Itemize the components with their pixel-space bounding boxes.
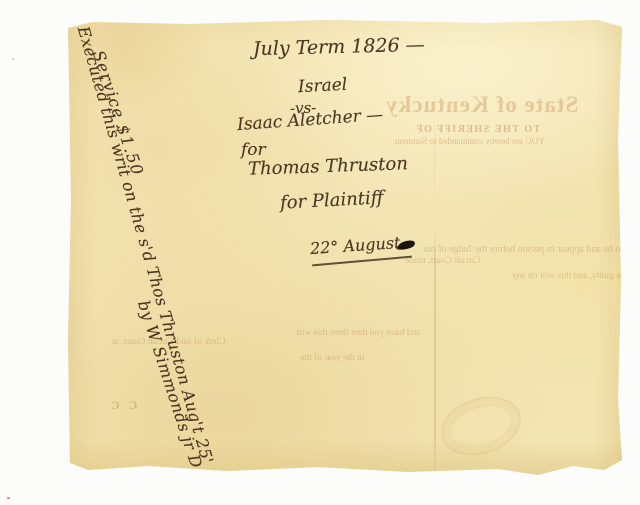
handwriting-term-line: July Term 1826 —: [253, 34, 425, 60]
handwriting-plaintiff: Israel: [298, 75, 348, 98]
margin-note-executed: Executed this writ on the s'd Thos Thrus…: [74, 24, 231, 505]
bleedthrough-line-guilty: be guilty, and this writ on any: [333, 271, 625, 281]
embossed-seal: [433, 387, 528, 466]
handwriting-for: for: [241, 140, 266, 160]
vertical-fold-crease-upper: [434, 80, 435, 230]
scanner-background: State of Kentucky TO THE SHERIFF OF YOU …: [0, 0, 640, 505]
scanner-dust-speck-red: [7, 497, 10, 499]
bleedthrough-line-court: Circuit Court, made: [405, 256, 481, 266]
document-paper: State of Kentucky TO THE SHERIFF OF YOU …: [68, 20, 622, 475]
bleedthrough-line-year: in the year of the: [300, 353, 364, 363]
date-underline-flourish: [312, 256, 412, 266]
bleedthrough-line-cc: C C: [108, 398, 137, 413]
handwriting-defendant: Isaac Aletcher —: [236, 105, 383, 135]
vertical-fold-crease: [434, 225, 436, 483]
bleedthrough-line-writ: and have you then there this writ: [296, 328, 421, 338]
bleedthrough-heading: State of Kentucky: [385, 92, 578, 118]
bleedthrough-commanded: YOU are hereby commanded to Summon: [395, 136, 545, 146]
scanner-dust-speck-gray: [12, 58, 14, 60]
handwriting-witness-name: Thomas Thruston: [248, 153, 409, 180]
handwriting-for-plaintiff: for Plaintiff: [280, 187, 384, 213]
handwriting-date-note: 22° August: [309, 233, 401, 258]
